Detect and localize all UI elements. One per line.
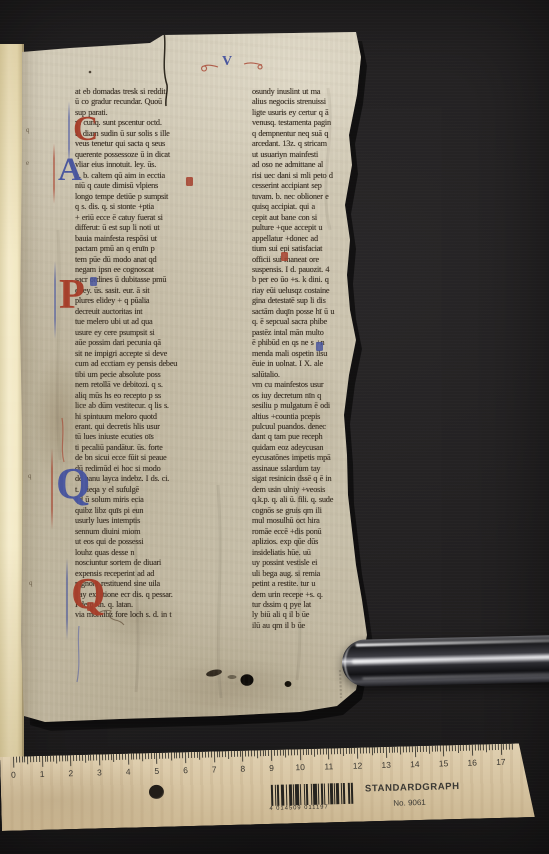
ruler-tick xyxy=(199,752,200,760)
ruler-number: 13 xyxy=(381,760,391,770)
ruler-tick xyxy=(477,744,478,750)
manuscript-text-line: mul mosulhū oct hira xyxy=(252,516,392,526)
ruler-number: 5 xyxy=(154,766,159,776)
manuscript-leaf: V at eb domadas tresk si reddit.ū co gra… xyxy=(18,30,370,725)
manuscript-text-line: salūtalio. xyxy=(252,370,392,380)
manuscript-text-line: pactam pmū an q eruīn p xyxy=(75,244,255,254)
ruler-tick xyxy=(346,748,347,754)
manuscript-text-line: querente possessoze ū in dicat xyxy=(75,150,255,160)
ruler-tick xyxy=(380,747,381,753)
ruler-tick xyxy=(480,744,481,750)
ruler-brand: STANDARDGRAPH xyxy=(365,781,460,794)
manuscript-text-line: dem urin recepe +s. q. xyxy=(252,590,392,600)
manuscript-text-line: q dempnentur neq suā q xyxy=(252,129,392,139)
manuscript-text-line: appellatur +donec ad xyxy=(252,234,392,244)
ruler-tick xyxy=(153,753,154,759)
ruler-tick xyxy=(414,746,415,757)
manuscript-text-line: uy possint vestisle ei xyxy=(252,558,392,568)
ruler-tick xyxy=(171,753,172,761)
ruler-tick xyxy=(449,745,450,751)
red-flourish xyxy=(62,418,64,462)
ruler-tick xyxy=(53,756,54,762)
ruler-tick xyxy=(254,750,255,756)
ruler-tick xyxy=(245,751,246,757)
ruler-tick xyxy=(131,754,132,760)
ruler-tick xyxy=(257,750,258,758)
ruler-number: 9 xyxy=(269,763,274,773)
manuscript-text-line: longo tempe detiūe p sumpsit xyxy=(75,192,255,202)
manuscript-text-line: dū redimūd ei hoc si modo xyxy=(75,464,255,474)
ruler-tick xyxy=(196,752,197,758)
ruler-tick xyxy=(432,746,433,752)
ruler-tick xyxy=(271,750,272,761)
manuscript-text-line: tē diam sudin ū sur solis s ille xyxy=(75,129,255,139)
manuscript-text-line: tur dssim q pye lat xyxy=(252,600,392,610)
ruler-tick xyxy=(159,753,160,759)
paraph-mark xyxy=(87,602,94,611)
manuscript-text-line: at eb domadas tresk si reddit. xyxy=(75,87,255,97)
ruler-tick xyxy=(368,747,369,753)
ruler-tick xyxy=(303,749,304,755)
ruler-tick xyxy=(260,750,261,756)
manuscript-text-line: gina detestatē sup li dis xyxy=(252,296,392,306)
ruler-tick xyxy=(455,745,456,751)
ruler-barcode-digits: 4 014509 011197 xyxy=(269,804,361,812)
manuscript-text-line: plures elidey + q pūalia xyxy=(75,296,255,306)
ruler-tick xyxy=(466,745,467,751)
ruler-tick xyxy=(99,754,100,765)
manuscript-text-line: veus tenetur qui sacta q seus xyxy=(75,139,255,149)
ruler-tick xyxy=(128,754,129,765)
ruler-tick xyxy=(440,745,441,751)
ruler-tick xyxy=(67,755,68,761)
ruler-tick xyxy=(285,750,286,758)
running-title-letter: V xyxy=(222,54,232,70)
ruler-tick xyxy=(351,748,352,754)
manuscript-text-line: sit ne impigri accepte si deve xyxy=(75,349,255,359)
manuscript-text-line: ligte usuris ey certur q ā xyxy=(252,108,392,118)
ruler-number: 17 xyxy=(496,757,506,767)
manuscript-text-line: niū q caute dimisū vlpiens xyxy=(75,181,255,191)
manuscript-text-line: tem pūe dū modo anat qd xyxy=(75,255,255,265)
ruler-tick xyxy=(282,750,283,756)
ruler-tick xyxy=(148,753,149,759)
manuscript-text-line: louhz quas desse n xyxy=(75,548,255,558)
ruler-tick xyxy=(231,751,232,757)
manuscript-text-line: q. ē sepcual sacra phibe xyxy=(252,317,392,327)
ruler-tick xyxy=(403,746,404,752)
manuscript-text-line: sennum diuini miom xyxy=(75,527,255,537)
ruler-tick xyxy=(354,748,355,754)
manuscript-text-line: usurly lues intemptis xyxy=(75,516,255,526)
manuscript-text-line: tū lues iniuste ecuties oīs xyxy=(75,432,255,442)
ruler-tick xyxy=(391,747,392,753)
ruler-tick xyxy=(225,751,226,757)
ruler-tick xyxy=(314,749,315,757)
ruler-number: 6 xyxy=(183,765,188,775)
ruler-tick xyxy=(317,749,318,755)
manuscript-text-line: aplizios. exp qūe dūs xyxy=(252,537,392,547)
manuscript-text-line: insideliatis hūe. uū xyxy=(252,548,392,558)
ruler-tick xyxy=(219,751,220,757)
ruler-tick xyxy=(262,750,263,756)
manuscript-text-line: cesserint accipiant sep xyxy=(252,181,392,191)
ruler-tick xyxy=(297,749,298,755)
ruler-tick xyxy=(102,754,103,760)
ruler-tick xyxy=(512,744,513,750)
manuscript-text-line: dant q tam pue receph xyxy=(252,432,392,442)
ruler-tick xyxy=(423,746,424,752)
ruler-tick xyxy=(50,756,51,762)
ruler-tick xyxy=(323,749,324,755)
pen-flourish xyxy=(51,448,53,530)
ruler-tick xyxy=(389,747,390,753)
ruler-tick xyxy=(142,753,143,761)
ruler-model-number: No. 9061 xyxy=(393,798,426,808)
ruler-number: 16 xyxy=(467,758,477,768)
stain xyxy=(138,650,338,720)
manuscript-text-line: officii sui maneat ore xyxy=(252,255,392,265)
ruler-tick xyxy=(96,754,97,760)
manuscript-text-line: decreuit auctoritas int xyxy=(75,307,255,317)
ruler-tick xyxy=(208,752,209,758)
manuscript-text-line: alius negociis strenuissi xyxy=(252,97,392,107)
ruler-number: 7 xyxy=(212,764,217,774)
ruler-tick xyxy=(85,755,86,763)
initial-letter: P xyxy=(59,272,85,318)
manuscript-text-line: riay eūi uelusqz costaine xyxy=(252,286,392,296)
ruler-tick xyxy=(475,745,476,751)
ruler-tick xyxy=(457,745,458,753)
ruler-number: 8 xyxy=(240,764,245,774)
margin-mark: e xyxy=(26,159,29,167)
ruler-tick xyxy=(62,755,63,761)
manuscript-text-line: ilū au qm il b ūe xyxy=(252,621,392,631)
ruler-ticks xyxy=(0,743,534,757)
ruler-tick xyxy=(495,744,496,750)
ruler-tick xyxy=(311,749,312,755)
ruler-tick xyxy=(122,754,123,760)
ruler-tick xyxy=(280,750,281,756)
manuscript-text-line: sigat resinicin dssē q ē in xyxy=(252,474,392,484)
initial-letter: Q xyxy=(56,460,90,508)
manuscript-text-line: dem usin ulniy +veosis xyxy=(252,485,392,495)
wrinkle xyxy=(58,230,60,460)
paraph-mark xyxy=(316,342,323,351)
ruler-tick xyxy=(88,755,89,761)
manuscript-text-line: ly biū ali q il b ūe xyxy=(252,610,392,620)
ruler-tick xyxy=(251,750,252,756)
ruler-number: 10 xyxy=(295,762,305,772)
ruler-tick xyxy=(13,757,14,768)
ruler-tick xyxy=(27,756,28,764)
ruler-tick xyxy=(42,756,43,767)
ruler-tick xyxy=(56,756,57,764)
manuscript-text-line: tuvam. b. nec oblioner e xyxy=(252,192,392,202)
ruler-number: 12 xyxy=(353,761,363,771)
ink-smudge xyxy=(206,668,223,678)
ruler-hole xyxy=(149,785,164,799)
ruler-tick xyxy=(426,746,427,752)
manuscript-text-line: eycusatōnes impetis mpā xyxy=(252,453,392,463)
ruler-tick xyxy=(429,746,430,754)
ruler-tick xyxy=(125,754,126,760)
wormhole-small xyxy=(285,681,292,687)
manuscript-text-line: tue melero ubi ut ad qua xyxy=(75,317,255,327)
manuscript-text-line: usure ey cere psumpsit si xyxy=(75,328,255,338)
manuscript-text-line: pulcuul puandos. denec xyxy=(252,422,392,432)
photo-background: V at eb domadas tresk si reddit.ū co gra… xyxy=(0,0,549,854)
ruler-tick xyxy=(434,746,435,752)
initial-letter: A xyxy=(58,152,82,188)
illuminated-initial: A xyxy=(58,152,82,188)
ruler-tick xyxy=(36,756,37,762)
manuscript-text-line: t. alieqa y el sufulgē xyxy=(75,485,255,495)
manuscript-text-line: differut: ū est sup li noti ut xyxy=(75,223,255,233)
ruler-tick xyxy=(360,748,361,754)
ruler-tick xyxy=(417,746,418,752)
manuscript-text-line: hi spintuum meloro quotd xyxy=(75,412,255,422)
margin-mark: q xyxy=(28,472,32,480)
ruler-tick xyxy=(357,748,358,759)
manuscript-text-line: venusq. testamenta pagin xyxy=(252,118,392,128)
ruler-tick xyxy=(500,744,501,755)
ruler-tick xyxy=(305,749,306,755)
ruler-tick xyxy=(116,754,117,760)
running-title-mark: V xyxy=(200,54,280,76)
ruler-tick xyxy=(348,748,349,754)
ruler-number: 3 xyxy=(97,767,102,777)
ruler-tick xyxy=(79,755,80,761)
ruler-tick xyxy=(33,756,34,762)
ruler-tick xyxy=(328,748,329,759)
ruler-tick xyxy=(486,744,487,752)
ruler-tick xyxy=(108,754,109,760)
margin-mark: q xyxy=(26,126,30,134)
ruler-tick xyxy=(70,755,71,766)
pen-flourish xyxy=(53,143,55,204)
ruler-tick xyxy=(47,756,48,762)
glass-rod-highlight xyxy=(362,673,549,679)
ruler-tick xyxy=(222,751,223,757)
margin-mark: q xyxy=(29,579,33,587)
ruler-tick xyxy=(320,749,321,755)
ruler-number: 0 xyxy=(11,770,16,780)
ruler-tick xyxy=(489,744,490,750)
ruler-tick xyxy=(76,755,77,761)
paraph-mark xyxy=(281,252,288,261)
manuscript-text-line: ut usuariyn mainfesti xyxy=(252,150,392,160)
text-column-right: osundy inuslint ut maalius negociis stre… xyxy=(252,87,392,631)
ruler-tick xyxy=(19,756,20,762)
glass-rod xyxy=(341,635,549,687)
ruler-tick xyxy=(176,752,177,758)
ruler-tick xyxy=(16,757,17,763)
ruler-tick xyxy=(394,747,395,753)
ruler-tick xyxy=(194,752,195,758)
manuscript-text-line: tium sui epi satisfaciat xyxy=(252,244,392,254)
ruler-tick xyxy=(377,747,378,753)
ruler-tick xyxy=(400,746,401,754)
ruler-tick xyxy=(498,744,499,750)
manuscript-text-line: cepit aut bane con si xyxy=(252,213,392,223)
ruler-tick xyxy=(139,753,140,759)
ruler-tick xyxy=(162,753,163,759)
manuscript-text-line: ut eos qui de possessi xyxy=(75,537,255,547)
ruler-tick xyxy=(202,752,203,758)
ruler-tick xyxy=(65,755,66,761)
pen-flourish xyxy=(54,261,56,339)
initial-letter: C xyxy=(73,110,98,148)
manuscript-text-line: demanu layca indebz. I ds. ci. xyxy=(75,474,255,484)
ruler-tick xyxy=(383,747,384,753)
ruler-tick xyxy=(119,754,120,760)
manuscript-text-line: erant. qui decretis hlis usur xyxy=(75,422,255,432)
manuscript-text-line: negam ipsn ee cognoscat xyxy=(75,265,255,275)
ruler-tick xyxy=(371,747,372,755)
manuscript-text-line: quidam eoz adeycusan xyxy=(252,443,392,453)
ruler-tick xyxy=(274,750,275,756)
ruler-tick xyxy=(463,745,464,751)
manuscript-text-line: pulture +que accepit u xyxy=(252,223,392,233)
manuscript-text-line: uli bega aug. si remia xyxy=(252,569,392,579)
manuscript-text-line: sesiliu p mulgatum ē odi xyxy=(252,401,392,411)
ruler-tick xyxy=(165,753,166,759)
ruler-tick xyxy=(242,751,243,762)
manuscript-text-line: sactām duqīn posse hī ū u xyxy=(252,307,392,317)
ruler-tick xyxy=(188,752,189,758)
manuscript-text-line: ēuie in uolnat. I X. ale xyxy=(252,359,392,369)
ruler-tick xyxy=(492,744,493,750)
manuscript-text-line: cognōs se gruis qm ili xyxy=(252,506,392,516)
ruler-tick xyxy=(174,752,175,758)
ruler-tick xyxy=(446,745,447,751)
ruler-tick xyxy=(509,744,510,750)
ruler-number: 2 xyxy=(68,768,73,778)
manuscript-text-line: aūe possim dari pecunia qā xyxy=(75,338,255,348)
ruler-tick xyxy=(205,752,206,758)
manuscript-text-line: assinaue sslardum tay xyxy=(252,464,392,474)
ruler-tick xyxy=(168,753,169,759)
ruler-tick xyxy=(397,747,398,753)
ruler-tick xyxy=(363,747,364,753)
manuscript-text-line: pastēz intal mān multo xyxy=(252,328,392,338)
ruler-tick xyxy=(185,752,186,763)
manuscript-text-line: ti pecaliū pandātur. ūs. forte xyxy=(75,443,255,453)
manuscript-text-line: nosciuntur sortem de diuari xyxy=(75,558,255,568)
ghost-offset-text xyxy=(340,670,341,698)
ruler-tick xyxy=(30,756,31,762)
blue-flourish-descender xyxy=(77,626,79,682)
ruler-tick xyxy=(182,752,183,758)
ruler-tick xyxy=(406,746,407,752)
paraph-mark xyxy=(186,177,193,186)
manuscript-text-line: osundy inuslint ut ma xyxy=(252,87,392,97)
manuscript-text-line: petint a restite. tur u xyxy=(252,579,392,589)
ruler-tick xyxy=(452,745,453,751)
manuscript-text-line: sup parati. xyxy=(75,108,255,118)
ruler-tick xyxy=(59,755,60,761)
ruler-tick xyxy=(483,744,484,750)
manuscript-text-line: cum ad ecctiam ey pensis debeu xyxy=(75,359,255,369)
ruler-tick xyxy=(156,753,157,764)
illuminated-initial: Q xyxy=(56,460,90,508)
ruler-number: 15 xyxy=(439,758,449,768)
manuscript-text-line: suspensis. I d. pauozit. 4 xyxy=(252,265,392,275)
illuminated-initial: C xyxy=(73,110,98,148)
ruler-tick xyxy=(248,750,249,756)
manuscript-text-line: tibi um pecie absolute poss xyxy=(75,370,255,380)
ruler-tick xyxy=(409,746,410,752)
ruler-tick xyxy=(211,751,212,757)
ruler-tick xyxy=(45,756,46,762)
manuscript-text-line: bauia mainfesta respōsi ut xyxy=(75,234,255,244)
ruler-tick xyxy=(24,756,25,762)
manuscript-text-line: quisq accipiat. qui a xyxy=(252,202,392,212)
ruler-tick xyxy=(308,749,309,755)
ruler-tick xyxy=(110,754,111,760)
ruler-barcode: 4 014509 011197 xyxy=(271,783,358,815)
ink-dot xyxy=(89,71,92,74)
ruler-tick xyxy=(288,749,289,755)
ruler-tick xyxy=(300,749,301,760)
ruler-tick xyxy=(469,745,470,751)
ruler-tick xyxy=(136,753,137,759)
ruler-tick xyxy=(82,755,83,761)
ruler-barcode-bars xyxy=(271,783,355,806)
ruler-tick xyxy=(420,746,421,752)
manuscript-text-line: vm cu mainfestos usur xyxy=(252,380,392,390)
book-fore-edge xyxy=(0,44,24,760)
ruler-tick xyxy=(374,747,375,753)
ruler-tick xyxy=(191,752,192,758)
barcode-gap xyxy=(353,783,355,804)
ruler-tick xyxy=(237,751,238,757)
ink-smudge xyxy=(228,675,237,679)
ruler-number: 4 xyxy=(126,767,131,777)
manuscript-text-line: os iuy decretum nīn q xyxy=(252,391,392,401)
ruler-tick xyxy=(268,750,269,756)
ruler-tick xyxy=(343,748,344,756)
ruler-tick xyxy=(325,748,326,754)
ruler-tick xyxy=(113,754,114,762)
manuscript-text-line: q.k.p. q. ali ū. fili. q. sude xyxy=(252,495,392,505)
ruler-number: 14 xyxy=(410,759,420,769)
manuscript-text-line: e ley. ūs. sasit. eur. ā sit xyxy=(75,286,255,296)
paraph-mark xyxy=(90,277,97,286)
manuscript-text-line: quibz libz quīs pi eun xyxy=(75,506,255,516)
ruler-tick xyxy=(214,751,215,762)
ruler-tick xyxy=(90,755,91,761)
manuscript-text-line: aliq mūs hs eo recepto p ss xyxy=(75,391,255,401)
manuscript-text-line: altius +countia pcepis xyxy=(252,412,392,422)
ruler-tick xyxy=(503,744,504,750)
ruler-tick xyxy=(460,745,461,751)
manuscript-text-line: romāe eccē +dis ponū xyxy=(252,527,392,537)
manuscript-text-line: sacr ordines ū dubitasse pmū xyxy=(75,275,255,285)
manuscript-text-line: nem retollā ve debitozi. q s. xyxy=(75,380,255,390)
ruler-tick xyxy=(291,749,292,755)
manuscript-text-line: vi cunq. sunt pscentur octd. xyxy=(75,118,255,128)
ruler-tick xyxy=(133,753,134,759)
ruler-tick xyxy=(22,756,23,762)
ruler-tick xyxy=(239,751,240,757)
ruler-tick xyxy=(340,748,341,754)
manuscript-text-line: ad oso ne admittane al xyxy=(252,160,392,170)
text-column-left: at eb domadas tresk si reddit.ū co gradu… xyxy=(75,87,255,621)
manuscript-text-line: lice ab dūm vestitecur. q lis s. xyxy=(75,401,255,411)
ruler-tick xyxy=(334,748,335,754)
